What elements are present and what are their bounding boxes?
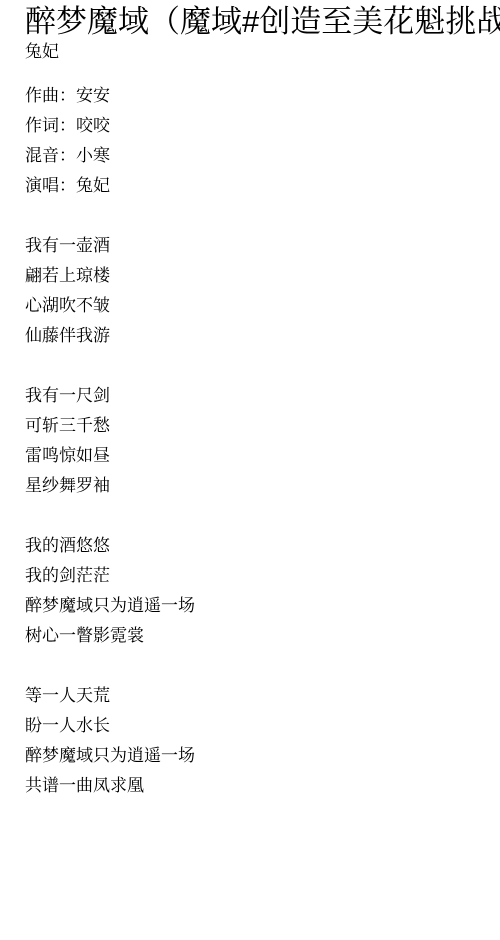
lyric-line: 星纱舞罗袖 — [25, 471, 500, 501]
lyric-line: 我有一壶酒 — [25, 231, 500, 261]
stanza-2: 我有一尺剑 可斩三千愁 雷鸣惊如昼 星纱舞罗袖 — [25, 381, 500, 501]
credit-lyricist: 作词：咬咬 — [25, 111, 500, 141]
lyrics-body: 作曲：安安 作词：咬咬 混音：小寒 演唱：兔妃 我有一壶酒 翩若上琼楼 心湖吹不… — [0, 81, 500, 801]
lyric-line: 翩若上琼楼 — [25, 261, 500, 291]
artist-name: 兔妃 — [0, 40, 500, 64]
lyrics-page: 醉梦魔域（魔域#创造至美花魁挑战 兔妃 作曲：安安 作词：咬咬 混音：小寒 演唱… — [0, 0, 500, 940]
credit-mixer: 混音：小寒 — [25, 141, 500, 171]
lyric-line: 心湖吹不皱 — [25, 291, 500, 321]
stanza-1: 我有一壶酒 翩若上琼楼 心湖吹不皱 仙藤伴我游 — [25, 231, 500, 351]
lyric-line: 等一人天荒 — [25, 681, 500, 711]
stanza-4: 等一人天荒 盼一人水长 醉梦魔域只为逍遥一场 共谱一曲凤求凰 — [25, 681, 500, 801]
lyric-line: 仙藤伴我游 — [25, 321, 500, 351]
credits-block: 作曲：安安 作词：咬咬 混音：小寒 演唱：兔妃 — [25, 81, 500, 201]
credit-composer: 作曲：安安 — [25, 81, 500, 111]
lyric-line: 共谱一曲凤求凰 — [25, 771, 500, 801]
page-title: 醉梦魔域（魔域#创造至美花魁挑战 — [0, 0, 500, 40]
lyric-line: 我有一尺剑 — [25, 381, 500, 411]
credit-vocalist: 演唱：兔妃 — [25, 171, 500, 201]
lyric-line: 醉梦魔域只为逍遥一场 — [25, 741, 500, 771]
lyric-line: 我的剑茫茫 — [25, 561, 500, 591]
lyric-line: 可斩三千愁 — [25, 411, 500, 441]
stanza-3: 我的酒悠悠 我的剑茫茫 醉梦魔域只为逍遥一场 树心一瞥影霓裳 — [25, 531, 500, 651]
lyric-line: 盼一人水长 — [25, 711, 500, 741]
lyric-line: 醉梦魔域只为逍遥一场 — [25, 591, 500, 621]
lyric-line: 雷鸣惊如昼 — [25, 441, 500, 471]
lyric-line: 我的酒悠悠 — [25, 531, 500, 561]
lyric-line: 树心一瞥影霓裳 — [25, 621, 500, 651]
